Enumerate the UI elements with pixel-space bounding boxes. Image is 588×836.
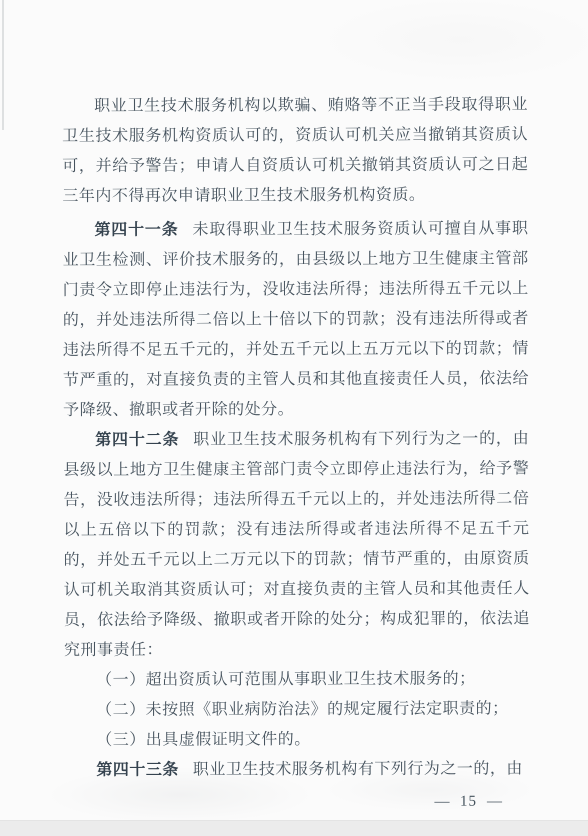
article-42-text: 职业卫生技术服务机构有下列行为之一的，由县级以上地方卫生健康主管部门责令立即停止… [63, 430, 530, 659]
paragraph-article-43: 第四十三条职业卫生技术服务机构有下列行为之一的，由 [64, 754, 530, 786]
list-item-2: （二）未按照《职业病防治法》的规定履行法定职责的； [64, 694, 530, 726]
page-number-value: 15 [460, 789, 477, 815]
paragraph-article-41: 第四十一条未取得职业卫生技术服务资质认可擅自从事职业卫生检测、评价技术服务的，由… [62, 214, 529, 426]
paragraph-text: 职业卫生技术服务机构以欺骗、贿赂等不正当手段取得职业卫生技术服务机构资质认可的，… [62, 96, 528, 205]
paragraph-continuation: 职业卫生技术服务机构以欺骗、贿赂等不正当手段取得职业卫生技术服务机构资质认可的，… [62, 90, 528, 212]
list-item-3-text: （三）出具虚假证明文件的。 [96, 731, 311, 749]
list-item-1-text: （一）超出资质认可范围从事职业卫生技术服务的； [96, 671, 476, 689]
article-41-number: 第四十一条 [94, 222, 178, 239]
scanned-document-page: 职业卫生技术服务机构以欺骗、贿赂等不正当手段取得职业卫生技术服务机构资质认可的，… [0, 0, 588, 836]
article-41-text: 未取得职业卫生技术服务资质认可擅自从事职业卫生检测、评价技术服务的，由县级以上地… [63, 220, 529, 419]
page-number: —15— [64, 788, 530, 816]
list-item-2-text: （二）未按照《职业病防治法》的规定履行法定职责的； [96, 700, 509, 718]
scan-bottom-edge-band [0, 820, 588, 836]
scan-edge-artifact [2, 0, 4, 130]
page-number-dash-left: — [434, 789, 450, 815]
paragraph-article-42: 第四十二条职业卫生技术服务机构有下列行为之一的，由县级以上地方卫生健康主管部门责… [63, 424, 530, 666]
document-text-block: 职业卫生技术服务机构以欺骗、贿赂等不正当手段取得职业卫生技术服务机构资质认可的，… [62, 90, 531, 816]
page-number-dash-right: — [487, 788, 503, 814]
article-42-number: 第四十二条 [95, 432, 179, 449]
list-item-3: （三）出具虚假证明文件的。 [64, 724, 530, 756]
list-item-1: （一）超出资质认可范围从事职业卫生技术服务的； [64, 664, 530, 696]
article-43-text: 职业卫生技术服务机构有下列行为之一的，由 [193, 760, 523, 778]
article-43-number: 第四十三条 [96, 762, 179, 779]
